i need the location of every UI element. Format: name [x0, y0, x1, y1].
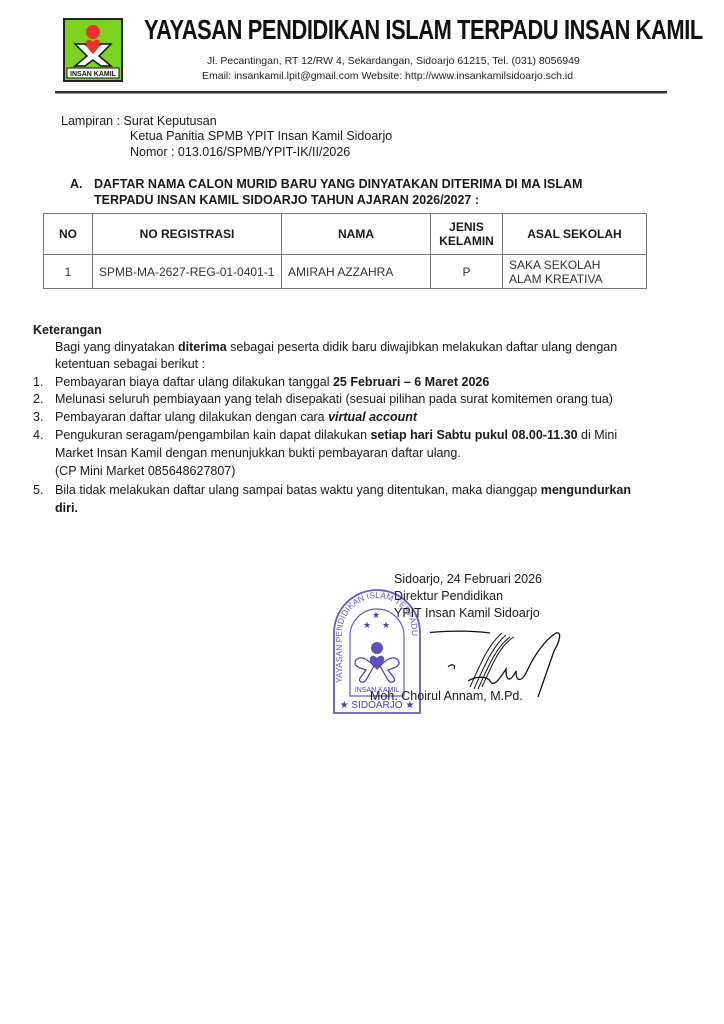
list-item-number: 4.	[33, 428, 43, 442]
list-item-continuation: (CP Mini Market 085648627807)	[55, 464, 235, 478]
list-item-continuation: diri.	[55, 501, 78, 515]
svg-text:★: ★	[382, 620, 390, 630]
list-item-bold: setiap hari Sabtu pukul 08.00-11.30	[371, 428, 578, 442]
accepted-students-table: NO NO REGISTRASI NAMA JENIS KELAMIN ASAL…	[43, 213, 647, 289]
intro-text: Bagi yang dinyatakan	[55, 340, 178, 354]
list-item-text: Pengukuran seragam/pengambilan kain dapa…	[55, 428, 371, 442]
logo-label: INSAN KAMIL	[70, 71, 117, 78]
organization-address: Jl. Pecantingan, RT 12/RW 4, Sekardangan…	[207, 55, 580, 67]
list-item-bold: 25 Februari – 6 Maret 2026	[333, 375, 489, 389]
intro-bold: diterima	[178, 340, 227, 354]
section-number: A.	[70, 177, 83, 191]
header-gender-line2: KELAMIN	[439, 234, 494, 248]
list-item: Pembayaran biaya daftar ulang dilakukan …	[55, 375, 489, 389]
signature-place-date: Sidoarjo, 24 Februari 2026	[394, 572, 542, 586]
origin-school-line2: ALAM KREATIVA	[509, 272, 603, 286]
cell-no: 1	[44, 255, 93, 289]
section-title-line2: TERPADU INSAN KAMIL SIDOARJO TAHUN AJARA…	[94, 193, 479, 207]
header-origin-school: ASAL SEKOLAH	[503, 214, 647, 255]
header-registration: NO REGISTRASI	[93, 214, 282, 255]
notes-intro-line2: ketentuan sebagai berikut :	[55, 357, 205, 371]
list-item-text: Pembayaran biaya daftar ulang dilakukan …	[55, 375, 333, 389]
list-item-number: 1.	[33, 375, 43, 389]
list-item: Pembayaran daftar ulang dilakukan dengan…	[55, 410, 417, 424]
cell-name: AMIRAH AZZAHRA	[282, 255, 431, 289]
cell-origin-school: SAKA SEKOLAH ALAM KREATIVA	[503, 255, 647, 289]
table-header-row: NO NO REGISTRASI NAMA JENIS KELAMIN ASAL…	[44, 214, 647, 255]
attachment-issuer: Ketua Panitia SPMB YPIT Insan Kamil Sido…	[130, 129, 392, 143]
signature-title: Direktur Pendidikan	[394, 589, 503, 603]
table-row: 1 SPMB-MA-2627-REG-01-0401-1 AMIRAH AZZA…	[44, 255, 647, 289]
signatory-name: Moh. Choirul Annam, M.Pd.	[370, 689, 523, 703]
header-gender-line1: JENIS	[449, 220, 484, 234]
header-gender: JENIS KELAMIN	[431, 214, 503, 255]
list-item-bold-italic: virtual account	[328, 410, 417, 424]
list-item-text-2: di Mini	[578, 428, 618, 442]
origin-school-line1: SAKA SEKOLAH	[509, 258, 600, 272]
list-item-number: 5.	[33, 483, 43, 497]
svg-text:★: ★	[363, 620, 371, 630]
organization-name: YAYASAN PENDIDIKAN ISLAM TERPADU INSAN K…	[144, 14, 703, 46]
header-name: NAMA	[282, 214, 431, 255]
signature-organization: YPIT Insan Kamil Sidoarjo	[394, 606, 540, 620]
list-item-number: 3.	[33, 410, 43, 424]
list-item: Pengukuran seragam/pengambilan kain dapa…	[55, 428, 617, 442]
attachment-number: Nomor : 013.016/SPMB/YPIT-IK/II/2026	[130, 145, 350, 159]
list-item: Melunasi seluruh pembiayaan yang telah d…	[55, 392, 613, 406]
list-item-text: Pembayaran daftar ulang dilakukan dengan…	[55, 410, 328, 424]
organization-contact: Email: insankamil.lpit@gmail.com Website…	[202, 70, 573, 82]
svg-text:★: ★	[372, 610, 380, 620]
organization-logo: INSAN KAMIL	[63, 18, 123, 82]
intro-text-2: sebagai peserta didik baru diwajibkan me…	[227, 340, 618, 354]
attachment-label: Lampiran : Surat Keputusan	[61, 114, 217, 128]
section-title-line1: DAFTAR NAMA CALON MURID BARU YANG DINYAT…	[94, 177, 582, 191]
notes-intro-line1: Bagi yang dinyatakan diterima sebagai pe…	[55, 340, 617, 354]
header-no: NO	[44, 214, 93, 255]
letterhead-divider	[55, 91, 667, 94]
list-item-text: Bila tidak melakukan daftar ulang sampai…	[55, 483, 541, 497]
list-item-bold: mengundurkan	[541, 483, 631, 497]
cell-gender: P	[431, 255, 503, 289]
list-item-number: 2.	[33, 392, 43, 406]
list-item-continuation: Market Insan Kamil dengan menunjukkan bu…	[55, 446, 461, 460]
cell-registration: SPMB-MA-2627-REG-01-0401-1	[93, 255, 282, 289]
notes-title: Keterangan	[33, 323, 102, 337]
list-item: Bila tidak melakukan daftar ulang sampai…	[55, 483, 631, 497]
